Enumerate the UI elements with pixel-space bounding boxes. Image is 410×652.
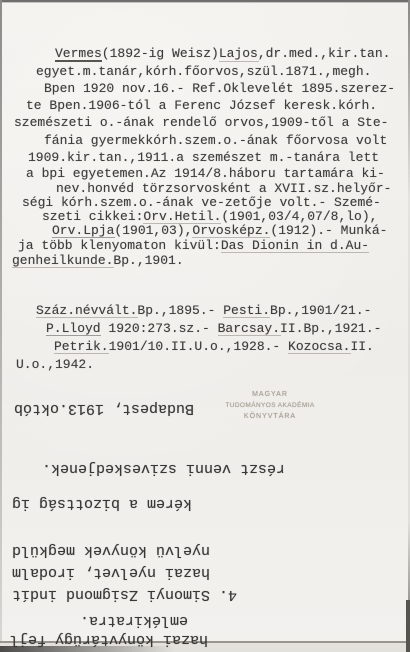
scanned-catalog-card: Vermes(1892-ig Weisz)Lajos,dr.med.,kir.t… xyxy=(0,0,410,652)
underline-mark-genheilkunde xyxy=(12,267,114,268)
underline-mark-orvoskepz xyxy=(192,237,270,238)
verso-line: kérem a bizottság ig xyxy=(12,494,192,512)
entry-line: ségi kórh.szem.o.-ának ve-zetője volt.- … xyxy=(22,195,381,210)
reference-line: P.Lloyd 1920:273.sz.- Barcsay.II.Bp.,192… xyxy=(46,321,381,336)
scan-edge-top-shadow xyxy=(0,2,410,3)
stamp-line: MAGYAR xyxy=(222,389,318,400)
underline-mark-szaz-nevvalt xyxy=(36,317,138,318)
underline-mark-petrik xyxy=(54,353,109,354)
underline-mark-lajos xyxy=(219,61,259,62)
verso-line: emlékiratra. xyxy=(80,611,188,629)
entry-line: te Bpen.1906-tól a Ferenc József keresk.… xyxy=(26,98,377,113)
underline-mark-orv-lpja xyxy=(52,237,115,238)
underline-mark-orv-hetil xyxy=(143,223,221,224)
verso-line-date: Budapest, 1913.októb xyxy=(14,399,194,417)
underline-mark-das-dionin xyxy=(221,252,369,253)
stamp-line: KÖNYVTÁRA xyxy=(222,411,318,423)
entry-line: szemészeti o.-ának rendelő orvos,1909-tő… xyxy=(14,115,388,130)
verso-line: hazai nyelvet, irodalm xyxy=(12,563,210,581)
entry-line: Vermes(1892-ig Weisz)Lajos,dr.med.,kir.t… xyxy=(55,46,390,61)
entry-line: nev.honvéd törzsorvosként a XVII.sz.hely… xyxy=(56,181,391,196)
entry-line: szeti cikkei:Orv.Hetil.(1901,03/4,07/8,l… xyxy=(42,209,377,224)
underline-mark-kozocsa xyxy=(288,353,351,354)
reference-line: Száz.névvált.Bp.,1895.- Pesti.Bp.,1901/2… xyxy=(36,303,371,318)
library-stamp: MAGYAR TUDOMÁNYOS AKADÉMIA KÖNYVTÁRA xyxy=(222,389,318,423)
underline-mark-barcsay xyxy=(218,335,281,336)
entry-line: egyet.m.tanár,kórh.főorvos,szül.1871.,me… xyxy=(36,64,371,79)
underline-mark-vermes xyxy=(55,60,102,62)
entry-line: Orv.Lpja(1901,03),Orvosképz.(1912).- Mun… xyxy=(52,223,387,238)
verso-line: részt venni sziveskedjenek. xyxy=(42,459,285,477)
entry-line: genheilkunde.Bp.,1901. xyxy=(12,253,184,268)
reference-line: Petrik.1901/10.II.U.o.,1928.- Kozocsa.II… xyxy=(54,339,374,354)
verso-line: nyelvü könyvek megküld xyxy=(12,541,210,559)
scan-bottom-right-sliver xyxy=(406,600,410,652)
stamp-line: TUDOMÁNYOS AKADÉMIA xyxy=(222,400,318,411)
verso-line: 4. Simonyi Zsigmond indít xyxy=(12,585,237,603)
reference-line: U.o.,1942. xyxy=(16,357,94,372)
scan-edge-left xyxy=(0,0,2,652)
verso-line: hazai könyvtárügy fejl xyxy=(10,630,208,648)
underline-mark-p-lloyd xyxy=(46,335,101,336)
entry-line: fánia gyermekkórh.szem.o.-ának főorvosa … xyxy=(44,133,387,148)
entry-line: Bpen 1920 nov.16.- Ref.Oklevelét 1895.sz… xyxy=(44,81,395,96)
entry-line: ja több klenyomaton kivül:Das Dionin in … xyxy=(18,238,369,253)
underline-mark-pesti xyxy=(223,317,270,318)
entry-line: 1909.kir.tan.,1911.a szemészet m.-tanára… xyxy=(28,150,379,165)
entry-line: a bpi egyetemen.Az 1914/8.háboru tartamá… xyxy=(26,166,385,181)
